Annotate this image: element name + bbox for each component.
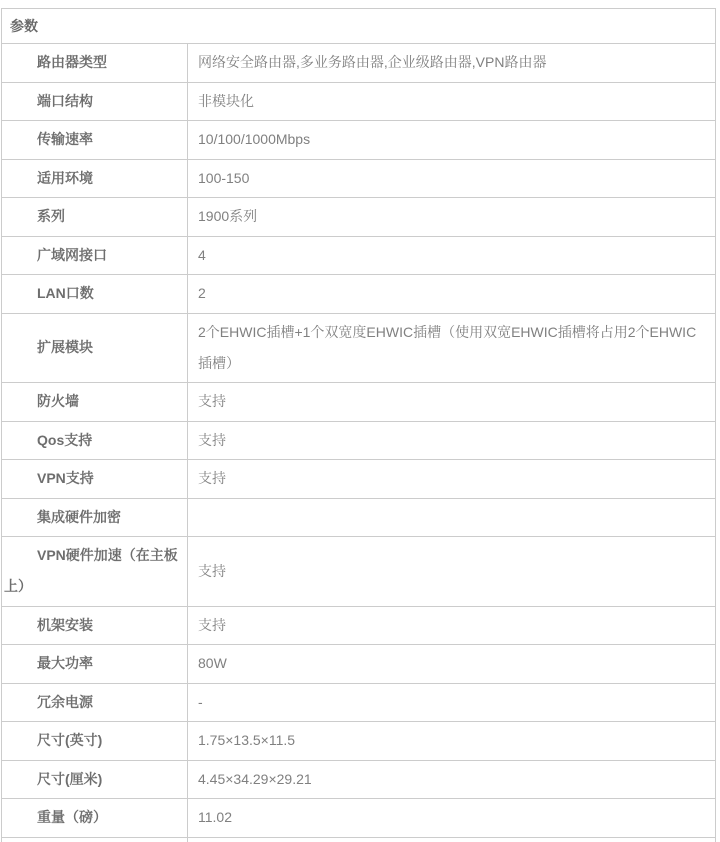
spec-row: 集成硬件加密 bbox=[2, 498, 716, 537]
spec-value: 支持 bbox=[188, 460, 716, 499]
spec-value: 4.45×34.29×29.21 bbox=[188, 760, 716, 799]
spec-value: 支持 bbox=[188, 383, 716, 422]
spec-value bbox=[188, 498, 716, 537]
spec-row: LAN口数 2 bbox=[2, 275, 716, 314]
spec-section: 参数 路由器类型 网络安全路由器,多业务路由器,企业级路由器,VPN路由器 端口… bbox=[1, 8, 715, 842]
spec-label: 重量（磅） bbox=[2, 799, 188, 838]
spec-value: 10/100/1000Mbps bbox=[188, 121, 716, 160]
spec-value: 80W bbox=[188, 645, 716, 684]
spec-row: 最大功率 80W bbox=[2, 645, 716, 684]
spec-value: 100-150 bbox=[188, 159, 716, 198]
spec-label: 集成硬件加密 bbox=[2, 498, 188, 537]
spec-row: 适用环境 100-150 bbox=[2, 159, 716, 198]
spec-value: 1900系列 bbox=[188, 198, 716, 237]
spec-row: Qos支持 支持 bbox=[2, 421, 716, 460]
spec-table-body: 参数 路由器类型 网络安全路由器,多业务路由器,企业级路由器,VPN路由器 端口… bbox=[2, 9, 716, 842]
spec-label: 广域网接口 bbox=[2, 236, 188, 275]
spec-header-row: 参数 bbox=[2, 9, 716, 44]
spec-value: - bbox=[188, 683, 716, 722]
spec-row: 端口结构 非模块化 bbox=[2, 82, 716, 121]
spec-value: 网络安全路由器,多业务路由器,企业级路由器,VPN路由器 bbox=[188, 44, 716, 83]
spec-value bbox=[188, 837, 716, 842]
spec-label: 传输速率 bbox=[2, 121, 188, 160]
spec-row: 广域网接口 4 bbox=[2, 236, 716, 275]
spec-table: 参数 路由器类型 网络安全路由器,多业务路由器,企业级路由器,VPN路由器 端口… bbox=[1, 8, 716, 842]
spec-table-title: 参数 bbox=[2, 9, 716, 44]
spec-row bbox=[2, 837, 716, 842]
spec-label: 适用环境 bbox=[2, 159, 188, 198]
spec-row: 传输速率 10/100/1000Mbps bbox=[2, 121, 716, 160]
spec-label: 机架安装 bbox=[2, 606, 188, 645]
spec-label: 冗余电源 bbox=[2, 683, 188, 722]
spec-row: 冗余电源 - bbox=[2, 683, 716, 722]
spec-label: 路由器类型 bbox=[2, 44, 188, 83]
spec-row: VPN支持 支持 bbox=[2, 460, 716, 499]
spec-row: 尺寸(英寸) 1.75×13.5×11.5 bbox=[2, 722, 716, 761]
spec-row: 尺寸(厘米) 4.45×34.29×29.21 bbox=[2, 760, 716, 799]
spec-row: VPN硬件加速（在主板上） 支持 bbox=[2, 537, 716, 607]
spec-value: 2个EHWIC插槽+1个双宽度EHWIC插槽（使用双宽EHWIC插槽将占用2个E… bbox=[188, 313, 716, 383]
spec-value: 支持 bbox=[188, 606, 716, 645]
spec-label: 尺寸(厘米) bbox=[2, 760, 188, 799]
spec-label: 尺寸(英寸) bbox=[2, 722, 188, 761]
spec-label: LAN口数 bbox=[2, 275, 188, 314]
spec-label: 扩展模块 bbox=[2, 313, 188, 383]
spec-row: 路由器类型 网络安全路由器,多业务路由器,企业级路由器,VPN路由器 bbox=[2, 44, 716, 83]
spec-label: Qos支持 bbox=[2, 421, 188, 460]
spec-row: 系列 1900系列 bbox=[2, 198, 716, 237]
spec-label: VPN支持 bbox=[2, 460, 188, 499]
spec-row: 防火墙 支持 bbox=[2, 383, 716, 422]
spec-label: 防火墙 bbox=[2, 383, 188, 422]
spec-value: 支持 bbox=[188, 537, 716, 607]
spec-label: 最大功率 bbox=[2, 645, 188, 684]
spec-label: 端口结构 bbox=[2, 82, 188, 121]
spec-value: 2 bbox=[188, 275, 716, 314]
spec-label: VPN硬件加速（在主板上） bbox=[2, 537, 188, 607]
spec-label: 系列 bbox=[2, 198, 188, 237]
spec-label bbox=[2, 837, 188, 842]
spec-value: 支持 bbox=[188, 421, 716, 460]
spec-value: 4 bbox=[188, 236, 716, 275]
spec-row: 重量（磅） 11.02 bbox=[2, 799, 716, 838]
spec-row: 机架安装 支持 bbox=[2, 606, 716, 645]
spec-value: 非模块化 bbox=[188, 82, 716, 121]
spec-value: 11.02 bbox=[188, 799, 716, 838]
spec-row: 扩展模块 2个EHWIC插槽+1个双宽度EHWIC插槽（使用双宽EHWIC插槽将… bbox=[2, 313, 716, 383]
spec-value: 1.75×13.5×11.5 bbox=[188, 722, 716, 761]
